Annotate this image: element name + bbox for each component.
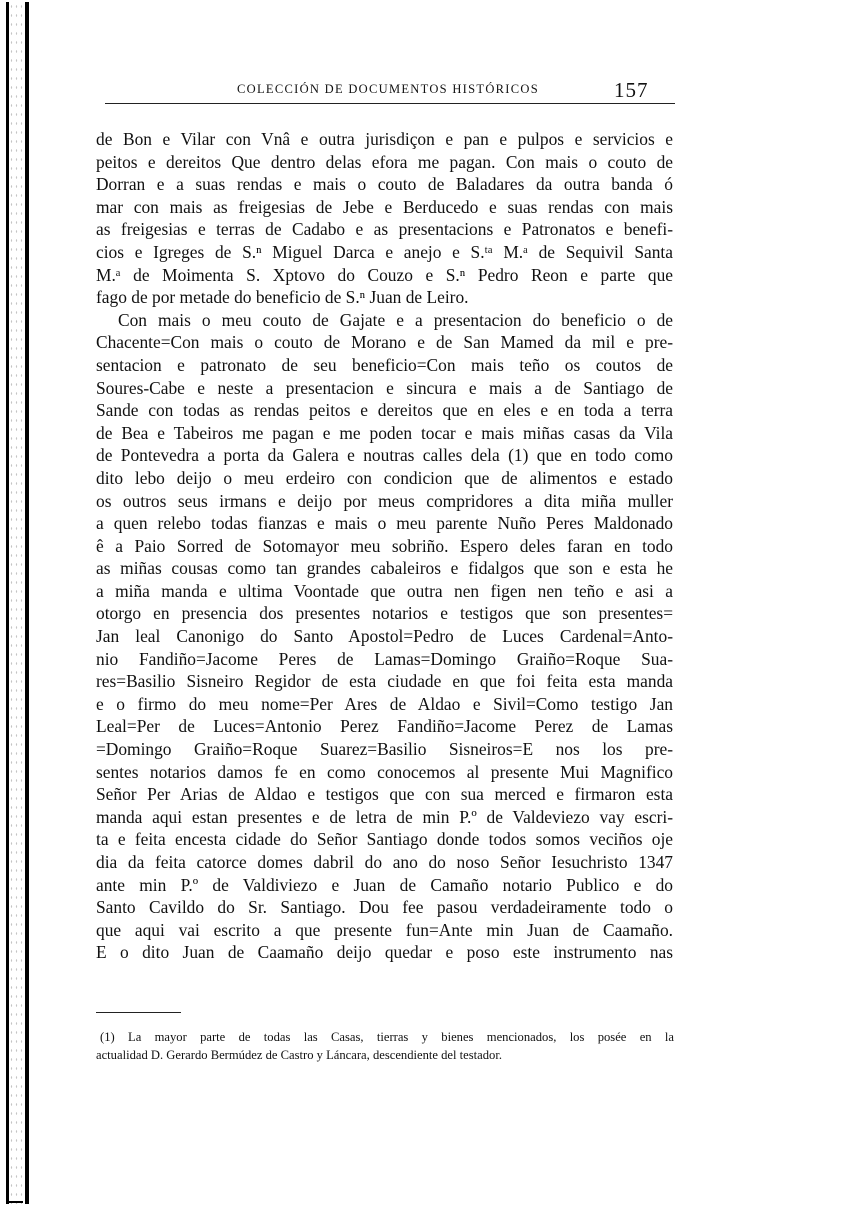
text-line: Santo Cavildo do Sr. Santiago. Dou fee p… [96,896,673,919]
footnote-rule [96,1012,181,1013]
text-line: res=Basilio Sisneiro Regidor de esta ciu… [96,670,673,693]
text-line: sentes notarios damos fe en como conocem… [96,761,673,784]
text-line: ante min P.º de Valdiviezo e Juan de Cam… [96,874,673,897]
text-line: a miña manda e ultima Voontade que outra… [96,580,673,603]
page-number: 157 [614,78,649,103]
text-line: cios e Igreges de S.ⁿ Miguel Darca e ane… [96,241,673,264]
header-rule [105,103,675,104]
running-head: COLECCIÓN DE DOCUMENTOS HISTÓRICOS 157 [105,78,675,102]
text-line: e o firmo do meu nome=Per Ares de Aldao … [96,693,673,716]
body-text: de Bon e Vilar con Vnâ e outra jurisdiço… [96,128,673,964]
text-line: nio Fandiño=Jacome Peres de Lamas=Doming… [96,648,673,671]
footnotes: (1) La mayor parte de todas las Casas, t… [96,1028,674,1064]
running-head-title: COLECCIÓN DE DOCUMENTOS HISTÓRICOS [237,82,539,97]
text-line: manda aqui estan presentes e de letra de… [96,806,673,829]
text-line: Chacente=Con mais o couto de Morano e de… [96,331,673,354]
text-line: dito lebo deijo o meu erdeiro con condic… [96,467,673,490]
text-line: otorgo en presencia dos presentes notari… [96,602,673,625]
binding-foot [9,1201,23,1203]
text-line: fago de por metade do beneficio de S.ⁿ J… [96,286,673,309]
text-line: Con mais o meu couto de Gajate e a prese… [96,309,673,332]
text-line: de Bea e Tabeiros me pagan e me poden to… [96,422,673,445]
book-binding-edge [0,0,34,1206]
binding-line-right [25,2,29,1204]
footnote-line: (1) La mayor parte de todas las Casas, t… [96,1028,674,1046]
text-line: Soures-Cabe e neste a presentacion e sin… [96,377,673,400]
text-line: peitos e dereitos Que dentro delas efora… [96,151,673,174]
text-line: os outros seus irmans e deijo por meus c… [96,490,673,513]
text-line: =Domingo Graiño=Roque Suarez=Basilio Sis… [96,738,673,761]
text-line: ê a Paio Sorred de Sotomayor meu sobriño… [96,535,673,558]
text-line: ta e feita encesta cidade do Señor Santi… [96,828,673,851]
text-line: as freigesias e terras de Cadabo e as pr… [96,218,673,241]
text-line: Jan leal Canonigo do Santo Apostol=Pedro… [96,625,673,648]
text-line: Dorran e a suas rendas e mais o couto de… [96,173,673,196]
text-line: mar con mais as freigesias de Jebe e Ber… [96,196,673,219]
text-line: de Pontevedra a porta da Galera e noutra… [96,444,673,467]
footnote-line: actualidad D. Gerardo Bermúdez de Castro… [96,1046,674,1064]
text-line: as miñas cousas como tan grandes cabalei… [96,557,673,580]
text-line: sentacion e patronato de seu beneficio=C… [96,354,673,377]
text-line: E o dito Juan de Caamaño deijo quedar e … [96,941,673,964]
text-line: que aqui vai escrito a que presente fun=… [96,919,673,942]
text-line: M.ᵃ de Moimenta S. Xptovo do Couzo e S.ⁿ… [96,264,673,287]
text-line: Sande con todas as rendas peitos e derei… [96,399,673,422]
binding-texture [9,2,25,1204]
text-line: Leal=Per de Luces=Antonio Perez Fandiño=… [96,715,673,738]
text-line: Señor Per Arias de Aldao e testigos que … [96,783,673,806]
text-line: de Bon e Vilar con Vnâ e outra jurisdiço… [96,128,673,151]
text-line: a quen relebo todas fianzas e mais o meu… [96,512,673,535]
text-line: dia da feita catorce domes dabril do ano… [96,851,673,874]
